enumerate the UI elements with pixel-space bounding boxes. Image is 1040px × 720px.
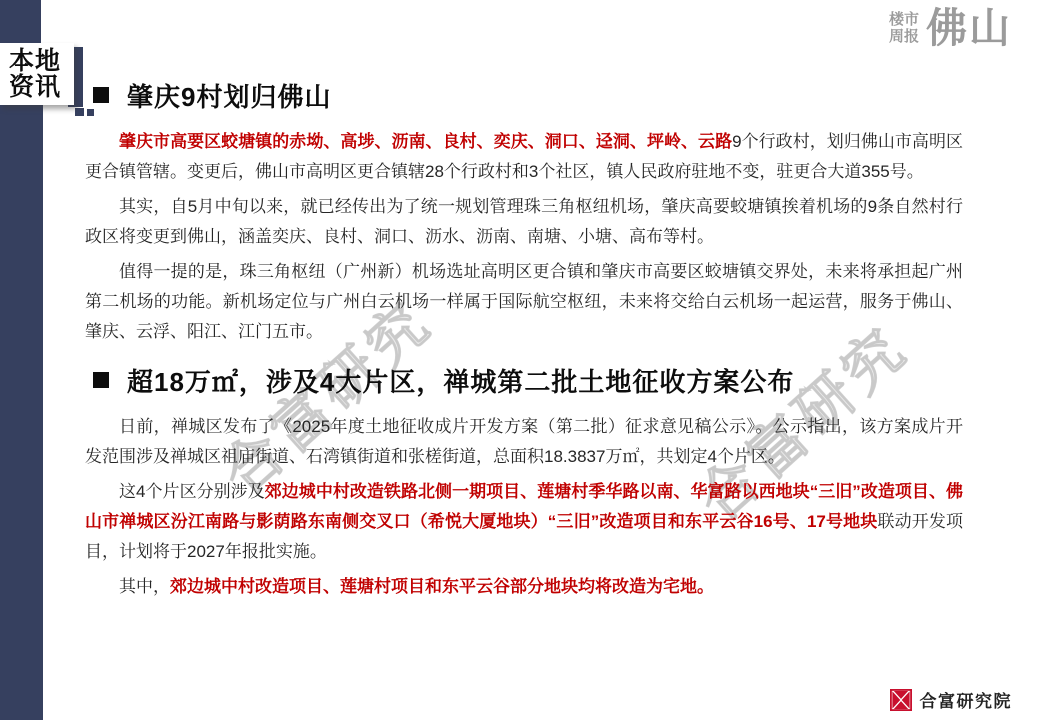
paragraph: 其中，郊边城中村改造项目、莲塘村项目和东平云谷部分地块均将改造为宅地。 [85, 572, 963, 602]
body-text: 日前，禅城区发布了《2025年度土地征收成片开发方案（第二批）征求意见稿公示》。… [85, 417, 963, 466]
content-sections: 肇庆9村划归佛山肇庆市高要区蛟塘镇的赤坳、高埗、沥南、良村、奕庆、洞口、迳洞、坪… [85, 76, 963, 607]
highlight-text: 郊边城中村改造项目、莲塘村项目和东平云谷部分地块均将改造为宅地。 [170, 577, 714, 596]
section-title-text: 超18万㎡，涉及4大片区，禅城第二批土地征收方案公布 [127, 362, 794, 399]
body-text: 其实，自5月中旬以来，就已经传出为了统一规划管理珠三角枢纽机场，肇庆高要蛟塘镇挨… [85, 197, 963, 246]
report-brand: 楼市 周报 佛山 [889, 6, 1012, 50]
report-brand-subtitle: 楼市 周报 [889, 11, 919, 45]
square-bullet-icon [93, 372, 109, 388]
section-title-text: 肇庆9村划归佛山 [127, 77, 331, 114]
tab-accent-dot [75, 108, 84, 116]
paragraph: 值得一提的是，珠三角枢纽（广州新）机场选址高明区更合镇和肇庆市高要区蛟塘镇交界处… [85, 257, 963, 347]
paragraph: 日前，禅城区发布了《2025年度土地征收成片开发方案（第二批）征求意见稿公示》。… [85, 412, 963, 472]
news-section: 肇庆9村划归佛山肇庆市高要区蛟塘镇的赤坳、高埗、沥南、良村、奕庆、洞口、迳洞、坪… [85, 76, 963, 347]
corner-decor-square [0, 0, 41, 43]
section-tab-local-news: 本地 资讯 [0, 43, 74, 105]
paragraph: 其实，自5月中旬以来，就已经传出为了统一规划管理珠三角枢纽机场，肇庆高要蛟塘镇挨… [85, 192, 963, 252]
hopefluent-logo-icon [890, 689, 912, 711]
body-text: 值得一提的是，珠三角枢纽（广州新）机场选址高明区更合镇和肇庆市高要区蛟塘镇交界处… [85, 262, 963, 341]
highlight-text: 肇庆市高要区蛟塘镇的赤坳、高埗、沥南、良村、奕庆、洞口、迳洞、坪岭、云路 [119, 132, 732, 151]
body-text: 这4个片区分别涉及 [119, 482, 265, 501]
section-title: 超18万㎡，涉及4大片区，禅城第二批土地征收方案公布 [93, 361, 963, 399]
left-vertical-bar [0, 88, 43, 720]
tab-label-line2: 资讯 [9, 74, 74, 100]
footer: 合富研究院 [890, 687, 1013, 712]
body-text: 其中， [119, 577, 170, 596]
tab-label-line1: 本地 [9, 48, 74, 74]
paragraph: 肇庆市高要区蛟塘镇的赤坳、高埗、沥南、良村、奕庆、洞口、迳洞、坪岭、云路9个行政… [85, 127, 963, 187]
tab-accent-dot [87, 109, 94, 116]
report-brand-city: 佛山 [926, 6, 1012, 50]
footer-logo-text: 合富研究院 [920, 687, 1013, 712]
section-title: 肇庆9村划归佛山 [93, 76, 963, 114]
square-bullet-icon [93, 87, 109, 103]
brand-subtitle-line1: 楼市 [889, 11, 919, 28]
paragraph: 这4个片区分别涉及郊边城中村改造铁路北侧一期项目、莲塘村季华路以南、华富路以西地… [85, 477, 963, 567]
news-section: 超18万㎡，涉及4大片区，禅城第二批土地征收方案公布日前，禅城区发布了《2025… [85, 361, 963, 602]
brand-subtitle-line2: 周报 [889, 28, 919, 45]
